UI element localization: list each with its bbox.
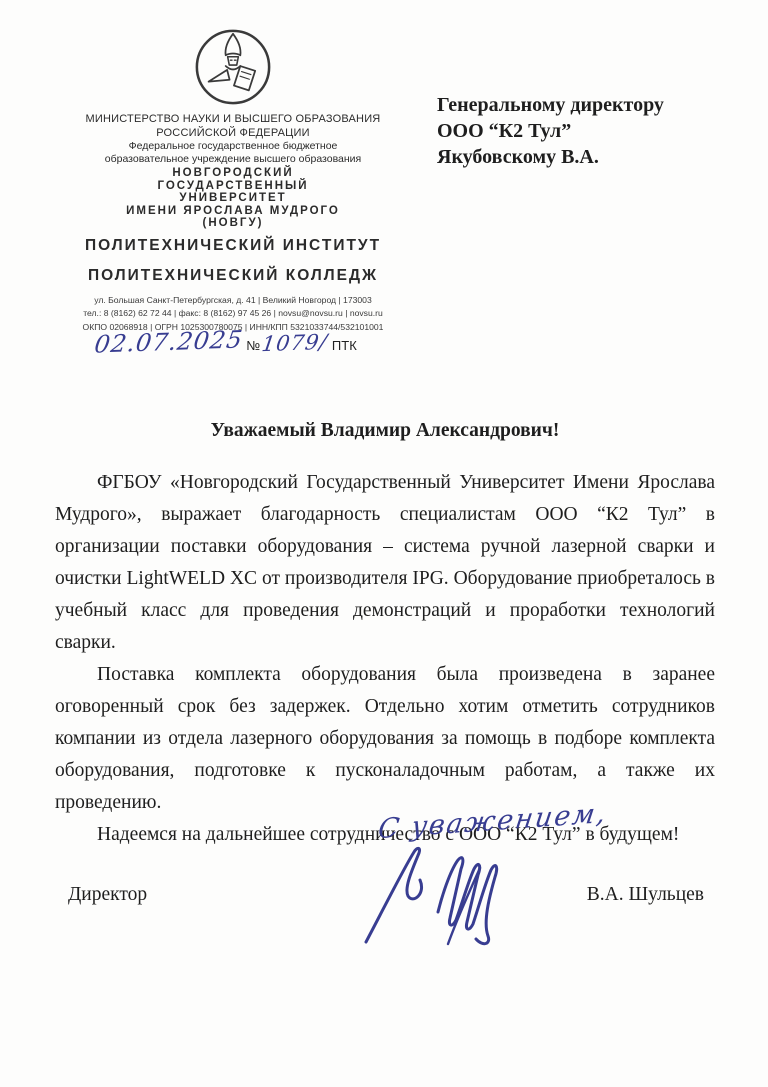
org-type-line-2: образовательное учреждение высшего образ… bbox=[55, 153, 411, 166]
recipient-company: ООО “К2 Тул” bbox=[437, 118, 664, 144]
paragraph-2: Поставка комплекта оборудования была про… bbox=[55, 659, 715, 819]
letter-page: МИНИСТЕРСТВО НАУКИ И ВЫСШЕГО ОБРАЗОВАНИЯ… bbox=[0, 0, 768, 1087]
handwritten-date: 02.07.2025 bbox=[93, 325, 245, 358]
university-name-line: НОВГОРОДСКИЙ bbox=[55, 167, 411, 180]
university-name-line: ИМЕНИ ЯРОСЛАВА МУДРОГО bbox=[55, 205, 411, 218]
reference-line: 02.07.2025 № 1079/ ПТК bbox=[95, 328, 357, 356]
handwritten-number: 1079/ bbox=[260, 330, 329, 356]
contacts-line: тел.: 8 (8162) 62 72 44 | факс: 8 (8162)… bbox=[55, 307, 411, 321]
institute-name: ПОЛИТЕХНИЧЕСКИЙ ИНСТИТУТ bbox=[55, 237, 411, 255]
recipient-position: Генеральному директору bbox=[437, 92, 664, 118]
recipient-name: Якубовскому В.А. bbox=[437, 144, 664, 170]
university-name-line: УНИВЕРСИТЕТ bbox=[55, 192, 411, 205]
ministry-line-1: МИНИСТЕРСТВО НАУКИ И ВЫСШЕГО ОБРАЗОВАНИЯ bbox=[55, 113, 411, 127]
university-emblem-icon bbox=[192, 26, 274, 108]
university-abbreviation: (НОВГУ) bbox=[55, 217, 411, 230]
signer-name: В.А. Шульцев bbox=[587, 884, 704, 906]
college-name: ПОЛИТЕХНИЧЕСКИЙ КОЛЛЕДЖ bbox=[55, 267, 411, 285]
signer-title: Директор bbox=[68, 884, 147, 906]
address-line: ул. Большая Санкт-Петербургская, д. 41 |… bbox=[55, 294, 411, 308]
paragraph-1: ФГБОУ «Новгородский Государственный Унив… bbox=[55, 467, 715, 659]
number-suffix: ПТК bbox=[332, 338, 357, 353]
letterhead: МИНИСТЕРСТВО НАУКИ И ВЫСШЕГО ОБРАЗОВАНИЯ… bbox=[55, 26, 411, 334]
number-sign: № bbox=[246, 338, 260, 353]
org-type-line-1: Федеральное государственное бюджетное bbox=[55, 140, 411, 153]
signature-scribble bbox=[352, 838, 532, 948]
salutation: Уважаемый Владимир Александрович! bbox=[55, 420, 715, 442]
recipient-block: Генеральному директору ООО “К2 Тул” Якуб… bbox=[437, 92, 664, 170]
ministry-line-2: РОССИЙСКОЙ ФЕДЕРАЦИИ bbox=[55, 127, 411, 141]
university-name-line: ГОСУДАРСТВЕННЫЙ bbox=[55, 180, 411, 193]
letter-body: ФГБОУ «Новгородский Государственный Унив… bbox=[55, 467, 715, 851]
